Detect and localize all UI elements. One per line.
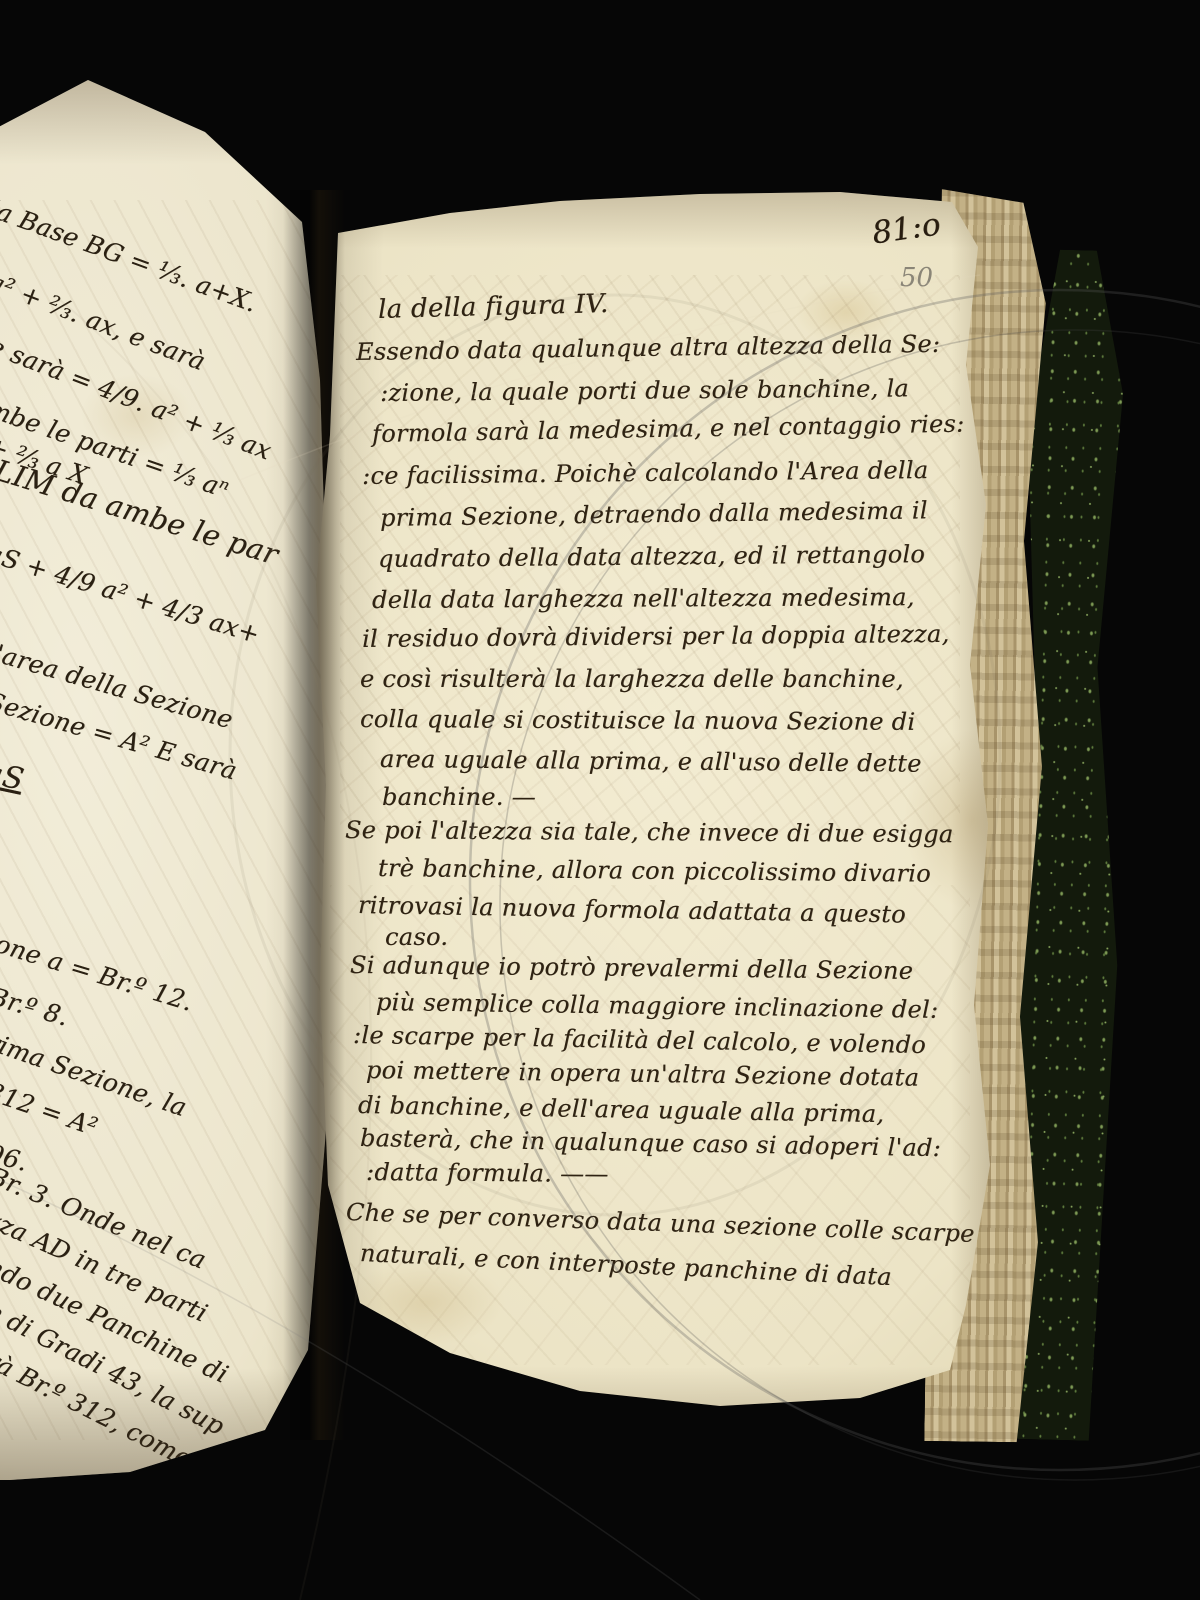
left-page: la Base BG = ⅓. a+X. a² + ⅔. ax, e sarà … <box>0 80 340 1480</box>
manuscript-line: naturali, e con interposte panchine di d… <box>359 1241 892 1289</box>
manuscript-line: e così risulterà la larghezza delle banc… <box>360 667 904 691</box>
manuscript-line: quadrato della data altezza, ed il retta… <box>378 542 925 571</box>
manuscript-line: Se poi l'altezza sia tale, che invece di… <box>345 818 954 846</box>
manuscript-line: colla quale si costituisce la nuova Sezi… <box>360 707 915 734</box>
manuscript-line: :le scarpe per la facilità del calcolo, … <box>353 1023 926 1057</box>
manuscript-line: Si adunque io potrò prevalermi della Sez… <box>350 953 913 983</box>
manuscript-line: più semplice colla maggiore inclinazione… <box>376 990 939 1022</box>
left-page-fragment: Br.º 8. <box>0 983 71 1029</box>
page-number-ink: 81:o <box>870 206 943 251</box>
manuscript-line: Essendo data qualunque altra altezza del… <box>356 332 941 364</box>
manuscript-line: area uguale alla prima, e all'uso delle … <box>380 747 922 776</box>
manuscript-line: trè banchine, allora con piccolissimo di… <box>378 856 931 886</box>
manuscript-line: Che se per converso data una sezione col… <box>346 1200 975 1246</box>
manuscript-line: prima Sezione, detraendo dalla medesima … <box>380 498 928 530</box>
page-number-pencil: 50 <box>900 263 933 293</box>
manuscript-line: :datta formula. —— <box>366 1160 609 1186</box>
manuscript-line: basterà, che in qualunque caso si adoper… <box>360 1126 941 1160</box>
right-page: 81:o 50 la della figura IV. Essendo data… <box>300 185 1000 1455</box>
left-page-fragment: aS <box>0 758 26 795</box>
manuscript-line: formola sarà la medesima, e nel contaggi… <box>372 412 965 446</box>
manuscript-line: banchine. — <box>382 785 536 809</box>
manuscript-title: la della figura IV. <box>378 291 609 323</box>
manuscript-line: ritrovasi la nuova formola adattata a qu… <box>358 893 906 927</box>
manuscript-line: di banchine, e dell'area uguale alla pri… <box>358 1093 885 1126</box>
manuscript-line: della data larghezza nell'altezza medesi… <box>372 585 915 612</box>
manuscript-line: :ce facilissima. Poichè calcolando l'Are… <box>362 458 929 488</box>
manuscript-line: il residuo dovrà dividersi per la doppia… <box>362 622 950 651</box>
manuscript-line: caso. <box>385 925 448 949</box>
manuscript-line: :zione, la quale porti due sole banchine… <box>380 376 909 405</box>
manuscript-line: poi mettere in opera un'altra Sezione do… <box>366 1058 920 1090</box>
book-photo: la Base BG = ⅓. a+X. a² + ⅔. ax, e sarà … <box>0 0 1200 1600</box>
